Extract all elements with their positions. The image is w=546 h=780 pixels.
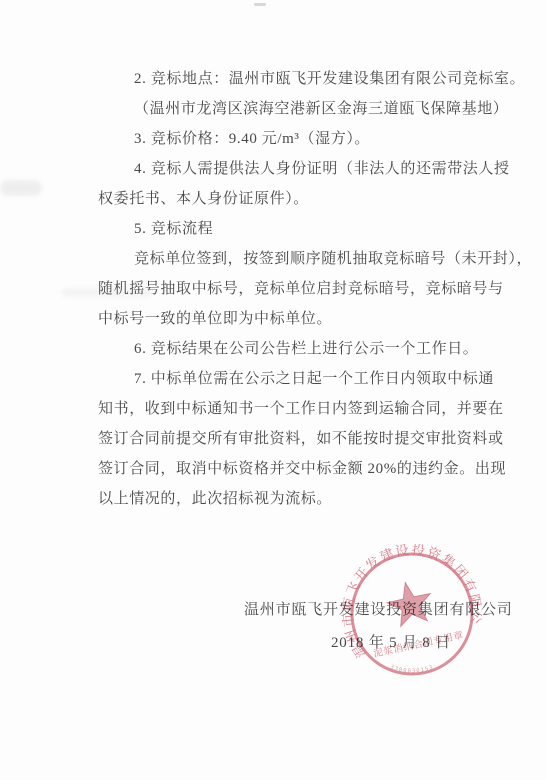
doc-line: 以上情况的，此次招标视为流标。 (98, 484, 514, 514)
doc-line: 7. 中标单位需在公示之日起一个工作日内领取中标通 (98, 364, 514, 394)
company-seal: 温州市瓯飞开发建设投资集团有限公司 泥浆消纳合同专用章 3300030153 (342, 544, 482, 684)
star-icon (384, 578, 435, 628)
doc-line: 知书，收到中标通知书一个工作日内签到运输合同，并要在 (98, 394, 514, 424)
doc-line: 4. 竞标人需提供法人身份证明（非法人的还需带法人授 (98, 154, 514, 184)
doc-line: 2. 竞标地点：温州市瓯飞开发建设集团有限公司竞标室。 (98, 64, 514, 94)
seal-code: 3300030153 (388, 656, 435, 680)
doc-line: （温州市龙湾区滨海空港新区金海三道瓯飞保障基地） (98, 94, 514, 124)
scan-artifact (0, 180, 42, 196)
doc-line: 3. 竞标价格：9.40 元/m³（湿方）。 (98, 124, 514, 154)
doc-line: 5. 竞标流程 (98, 214, 514, 244)
doc-line: 6. 竞标结果在公司公告栏上进行公示一个工作日。 (98, 334, 514, 364)
doc-line: 随机摇号抽取中标号，竞标单位启封竞标暗号，竞标暗号与 (98, 274, 514, 304)
seal-banner-text: 泥浆消纳合同专用章 (372, 629, 464, 660)
scanned-document-page: 2. 竞标地点：温州市瓯飞开发建设集团有限公司竞标室。 （温州市龙湾区滨海空港新… (0, 0, 546, 780)
doc-line: 权委托书、本人身份证原件）。 (98, 184, 514, 214)
doc-line: 签订合同，取消中标资格并交中标金额 20%的违约金。出现 (98, 454, 514, 484)
doc-line: 中标号一致的单位即为中标单位。 (98, 304, 514, 334)
document-body: 2. 竞标地点：温州市瓯飞开发建设集团有限公司竞标室。 （温州市龙湾区滨海空港新… (98, 64, 514, 514)
scan-artifact (254, 3, 266, 6)
doc-line: 竞标单位签到，按签到顺序随机抽取竞标暗号（未开封）， (98, 244, 514, 274)
doc-line: 签订合同前提交所有审批资料，如不能按时提交审批资料或 (98, 424, 514, 454)
